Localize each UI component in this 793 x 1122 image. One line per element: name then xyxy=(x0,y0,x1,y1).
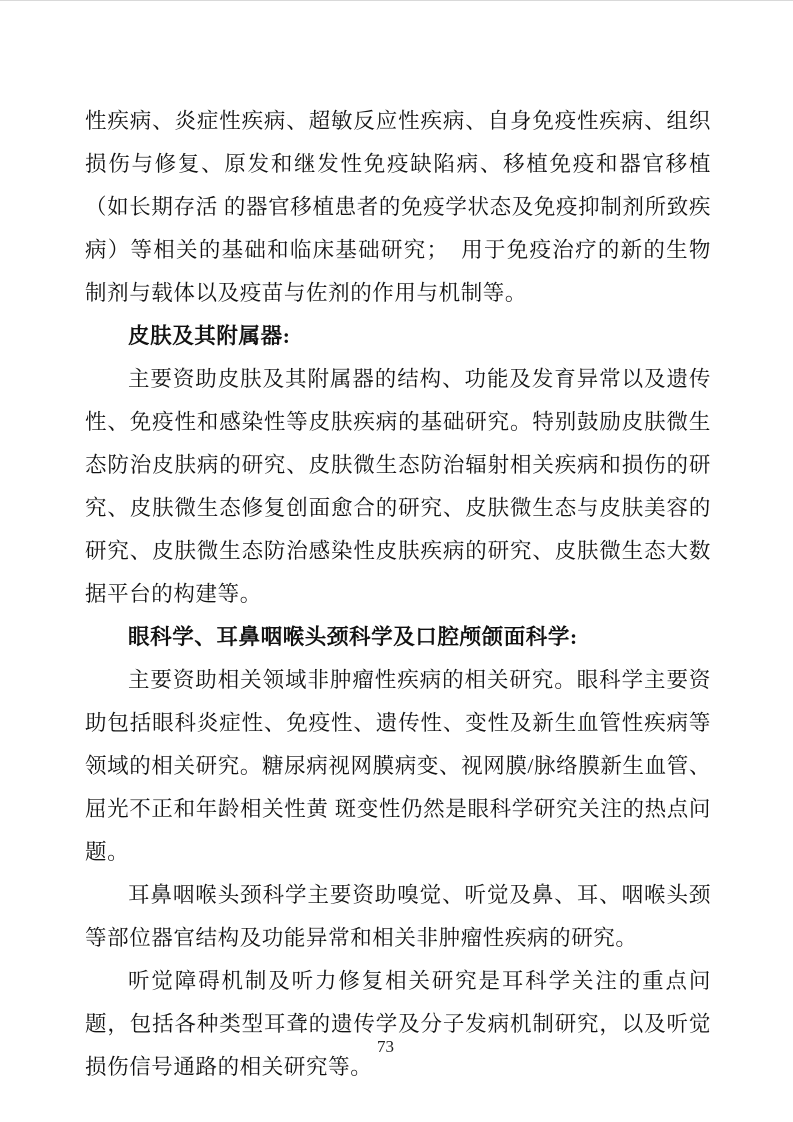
body-paragraph: 主要资助相关领域非肿瘤性疾病的相关研究。眼科学主要资助包括眼科炎症性、免疫性、遗… xyxy=(85,659,711,874)
body-paragraph: 主要资助皮肤及其附属器的结构、功能及发育异常以及遗传性、免疫性和感染性等皮肤疾病… xyxy=(85,358,711,616)
section-heading: 眼科学、耳鼻咽喉头颈科学及口腔颅颌面科学: xyxy=(85,616,711,659)
page-number: 73 xyxy=(0,1035,771,1059)
body-paragraph: 耳鼻咽喉头颈科学主要资助嗅觉、听觉及鼻、耳、咽喉头颈等部位器官结构及功能异常和相… xyxy=(85,874,711,960)
body-paragraph: 性疾病、炎症性疾病、超敏反应性疾病、自身免疫性疾病、组织损伤与修复、原发和继发性… xyxy=(85,100,711,315)
document-body: 性疾病、炎症性疾病、超敏反应性疾病、自身免疫性疾病、组织损伤与修复、原发和继发性… xyxy=(85,100,711,1089)
section-heading: 皮肤及其附属器: xyxy=(85,315,711,358)
body-paragraph: 听觉障碍机制及听力修复相关研究是耳科学关注的重点问题，包括各种类型耳聋的遗传学及… xyxy=(85,960,711,1089)
document-page: 性疾病、炎症性疾病、超敏反应性疾病、自身免疫性疾病、组织损伤与修复、原发和继发性… xyxy=(0,0,793,1122)
